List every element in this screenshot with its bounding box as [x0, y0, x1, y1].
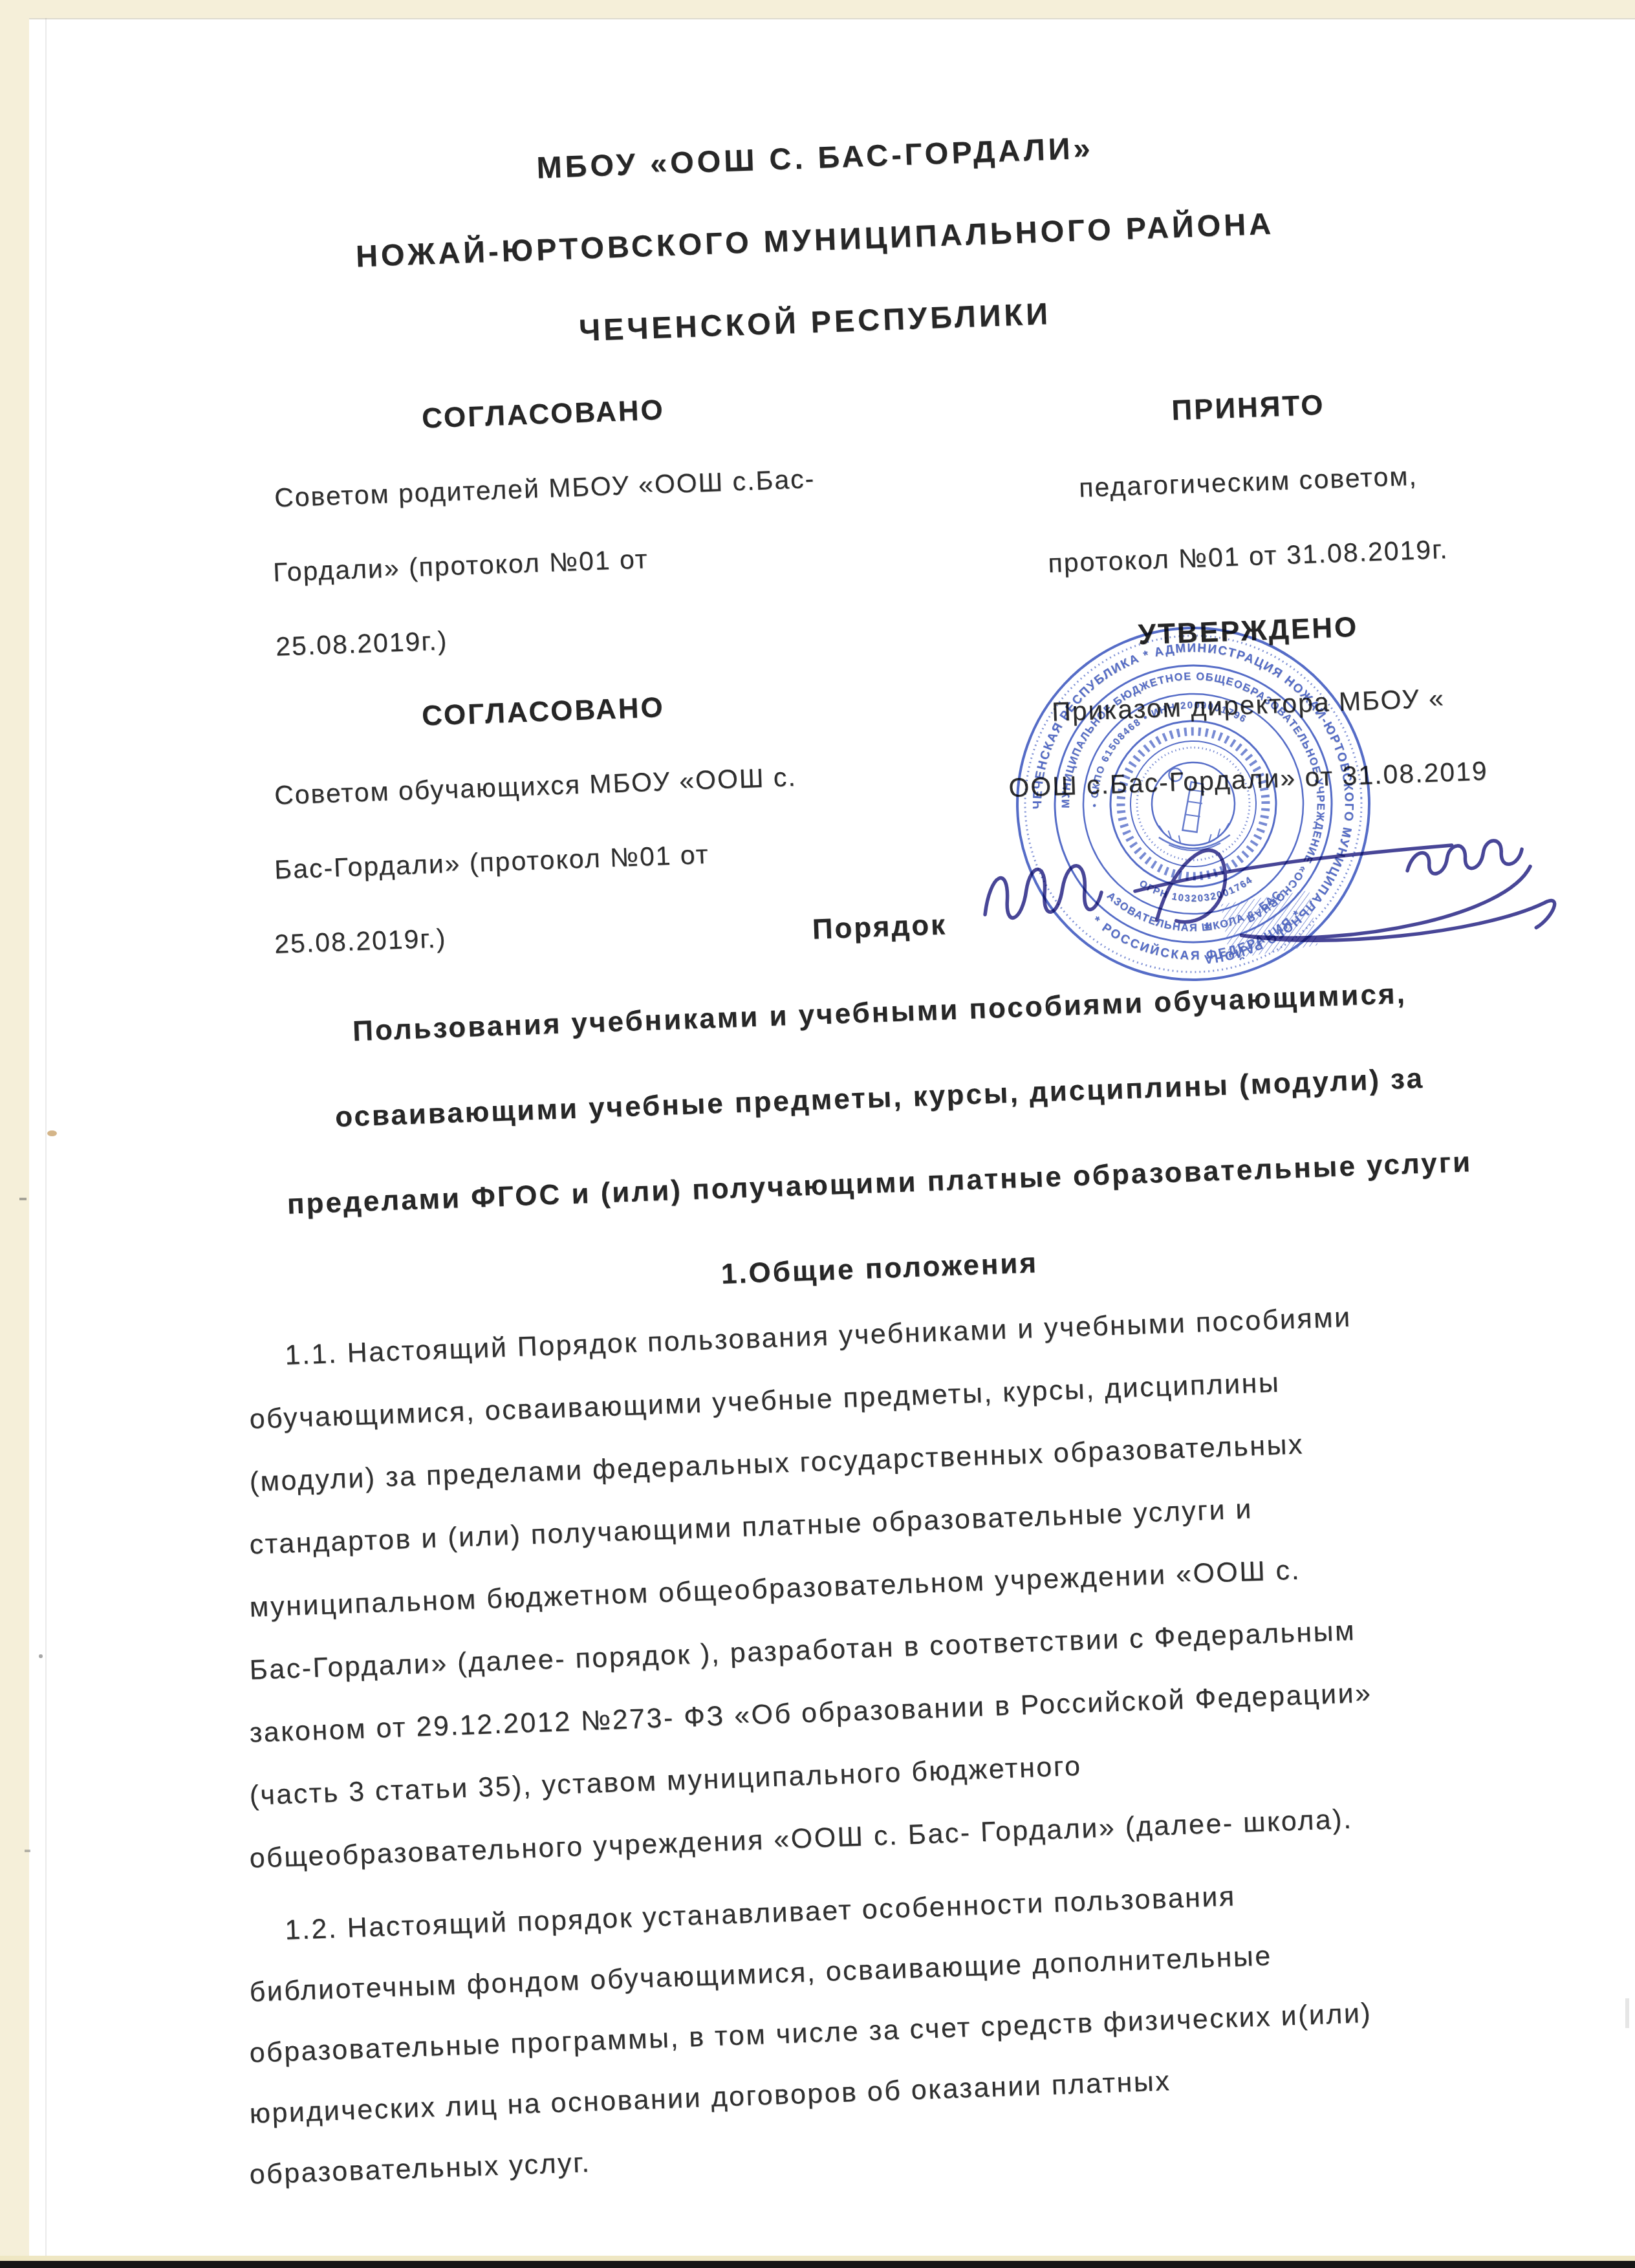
- scan-speck: [25, 1850, 30, 1852]
- paragraph-1-1: 1.1. Настоящий Порядок пользования учебн…: [249, 1302, 1581, 1866]
- approval-block-pedsovet: педагогическим советом,протокол №01 от 3…: [912, 445, 1585, 594]
- scan-speck: [1625, 1998, 1629, 2028]
- approval-line: Гордали» (протокол №01 от 25.08.2019г.): [263, 516, 824, 685]
- approval-column-left: СОГЛАСОВАНО Советом родителей МБОУ «ООШ …: [265, 377, 821, 972]
- scan-speck: [19, 1198, 27, 1200]
- scan-speck: [39, 1654, 43, 1658]
- scan-bottom-black-strip: [0, 2261, 1635, 2268]
- paragraph-1-2: 1.2. Настоящий порядок устанавливает осо…: [249, 1877, 1581, 2181]
- document-title: ПорядокПользования учебниками и учебными…: [152, 885, 1607, 1312]
- page-content: МБОУ «ООШ С. БАС-ГОРДАЛИ»НОЖАЙ-ЮРТОВСКОГ…: [29, 18, 1635, 2256]
- approval-block-parents: Советом родителей МБОУ «ООШ с.Бас-Гордал…: [265, 451, 821, 675]
- document-page: МБОУ «ООШ С. БАС-ГОРДАЛИ»НОЖАЙ-ЮРТОВСКОГ…: [29, 18, 1635, 2256]
- scan-bottom-cream-strip: [0, 2256, 1635, 2261]
- document-header: МБОУ «ООШ С. БАС-ГОРДАЛИ»НОЖАЙ-ЮРТОВСКОГ…: [84, 116, 1546, 363]
- scanned-document-screen: { "header": { "lines": [ "МБОУ «ООШ С. Б…: [0, 0, 1635, 2268]
- scan-speck: [47, 1130, 57, 1136]
